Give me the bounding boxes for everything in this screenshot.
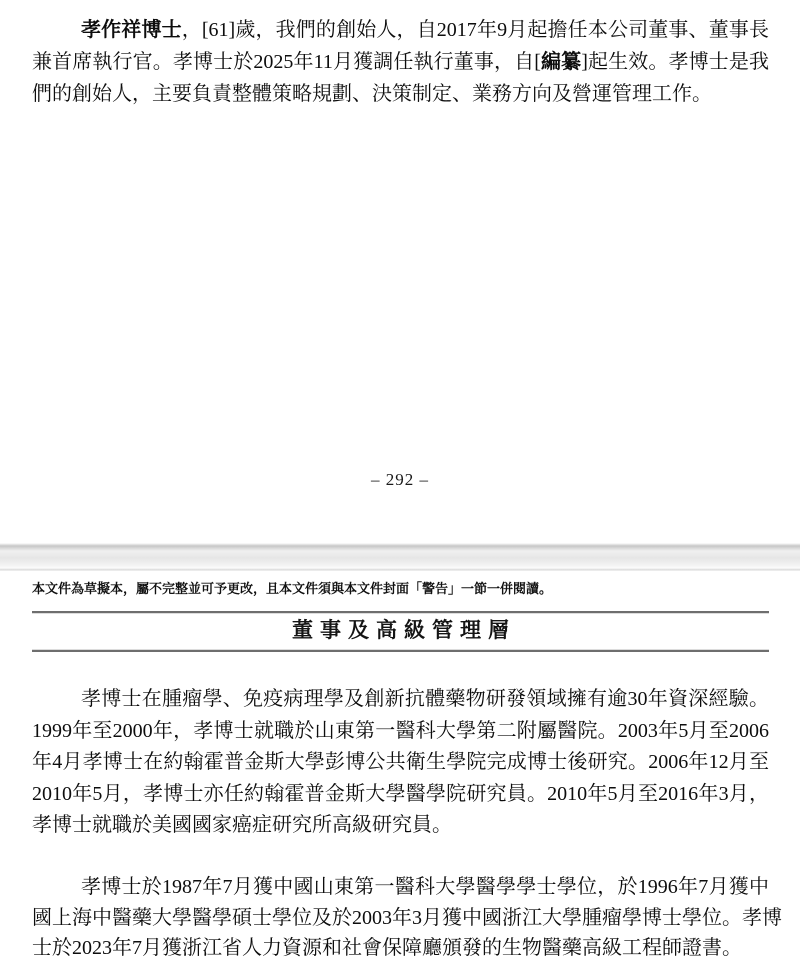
document-page: { "page1": { "bio_paragraph": { "indent"…: [0, 0, 800, 979]
text-segment: 兼首席執行官。孝博士於2025年11月獲調任執行董事，自[: [32, 51, 541, 73]
experience-paragraph: 孝博士在腫瘤學、免疫病理學及創新抗體藥物研發領域擁有逾30年資深經驗。1999年…: [32, 684, 769, 842]
section-title-box: 董事及高級管理層: [32, 611, 769, 652]
page-number: – 292 –: [0, 470, 800, 490]
text-line: 孝博士於1987年7月獲中國山東第一醫科大學醫學學士學位，於1996年7月獲中: [32, 872, 769, 903]
text-line: 士於2023年7月獲浙江省人力資源和社會保障廳頒發的生物醫藥高級工程師證書。: [32, 933, 769, 964]
text-segment: 國上海中醫藥大學醫學碩士學位及於2003年3月獲中國浙江大學腫瘤學博士學位。孝博: [32, 907, 782, 929]
text-segment: 2010年5月，孝博士亦任約翰霍普金斯大學醫學院研究員。2010年5月至2016…: [32, 783, 769, 805]
text-segment: ，[61]歲，我們的創始人，自2017年9月起擔任本公司董事、董事長: [182, 19, 769, 41]
education-paragraph: 孝博士於1987年7月獲中國山東第一醫科大學醫學學士學位，於1996年7月獲中國…: [32, 872, 769, 964]
text-segment: ]起生效。孝博士是我: [581, 51, 769, 73]
text-segment: 孝博士就職於美國國家癌症研究所高級研究員。: [32, 814, 452, 836]
page-separator-bar: [0, 543, 800, 571]
text-line: 年4月孝博士在約翰霍普金斯大學彭博公共衛生學院完成博士後研究。2006年12月至: [32, 747, 769, 779]
text-line: 國上海中醫藥大學醫學碩士學位及於2003年3月獲中國浙江大學腫瘤學博士學位。孝博: [32, 903, 769, 934]
text-line: 孝作祥博士，[61]歲，我們的創始人，自2017年9月起擔任本公司董事、董事長: [32, 14, 769, 46]
text-segment: 孝博士在腫瘤學、免疫病理學及創新抗體藥物研發領域擁有逾30年資深經驗。: [81, 688, 769, 710]
text-segment: 年4月孝博士在約翰霍普金斯大學彭博公共衛生學院完成博士後研究。2006年12月至: [32, 751, 769, 773]
text-line: 孝博士在腫瘤學、免疫病理學及創新抗體藥物研發領域擁有逾30年資深經驗。: [32, 684, 769, 716]
text-segment: 孝博士於1987年7月獲中國山東第一醫科大學醫學學士學位，於1996年7月獲中: [81, 876, 769, 898]
draft-disclaimer-text: 本文件為草擬本，屬不完整並可予更改，且本文件須與本文件封面「警告」一節一併閱讀。: [32, 581, 769, 597]
text-line: 2010年5月，孝博士亦任約翰霍普金斯大學醫學院研究員。2010年5月至2016…: [32, 779, 769, 811]
founder-bio-paragraph: 孝作祥博士，[61]歲，我們的創始人，自2017年9月起擔任本公司董事、董事長兼…: [32, 14, 769, 110]
text-segment: 們的創始人，主要負責整體策略規劃、決策制定、業務方向及營運管理工作。: [32, 83, 712, 105]
text-line: 們的創始人，主要負責整體策略規劃、決策制定、業務方向及營運管理工作。: [32, 78, 769, 110]
text-line: 孝博士就職於美國國家癌症研究所高級研究員。: [32, 810, 769, 842]
text-line: 兼首席執行官。孝博士於2025年11月獲調任執行董事，自[編纂]起生效。孝博士是…: [32, 46, 769, 78]
bold-text-segment: 孝作祥博士: [81, 19, 182, 41]
bold-text-segment: 編纂: [541, 51, 581, 73]
text-segment: 士於2023年7月獲浙江省人力資源和社會保障廳頒發的生物醫藥高級工程師證書。: [32, 937, 742, 959]
text-line: 1999年至2000年，孝博士就職於山東第一醫科大學第二附屬醫院。2003年5月…: [32, 716, 769, 748]
section-title: 董事及高級管理層: [32, 620, 769, 642]
text-segment: 1999年至2000年，孝博士就職於山東第一醫科大學第二附屬醫院。2003年5月…: [32, 720, 769, 742]
